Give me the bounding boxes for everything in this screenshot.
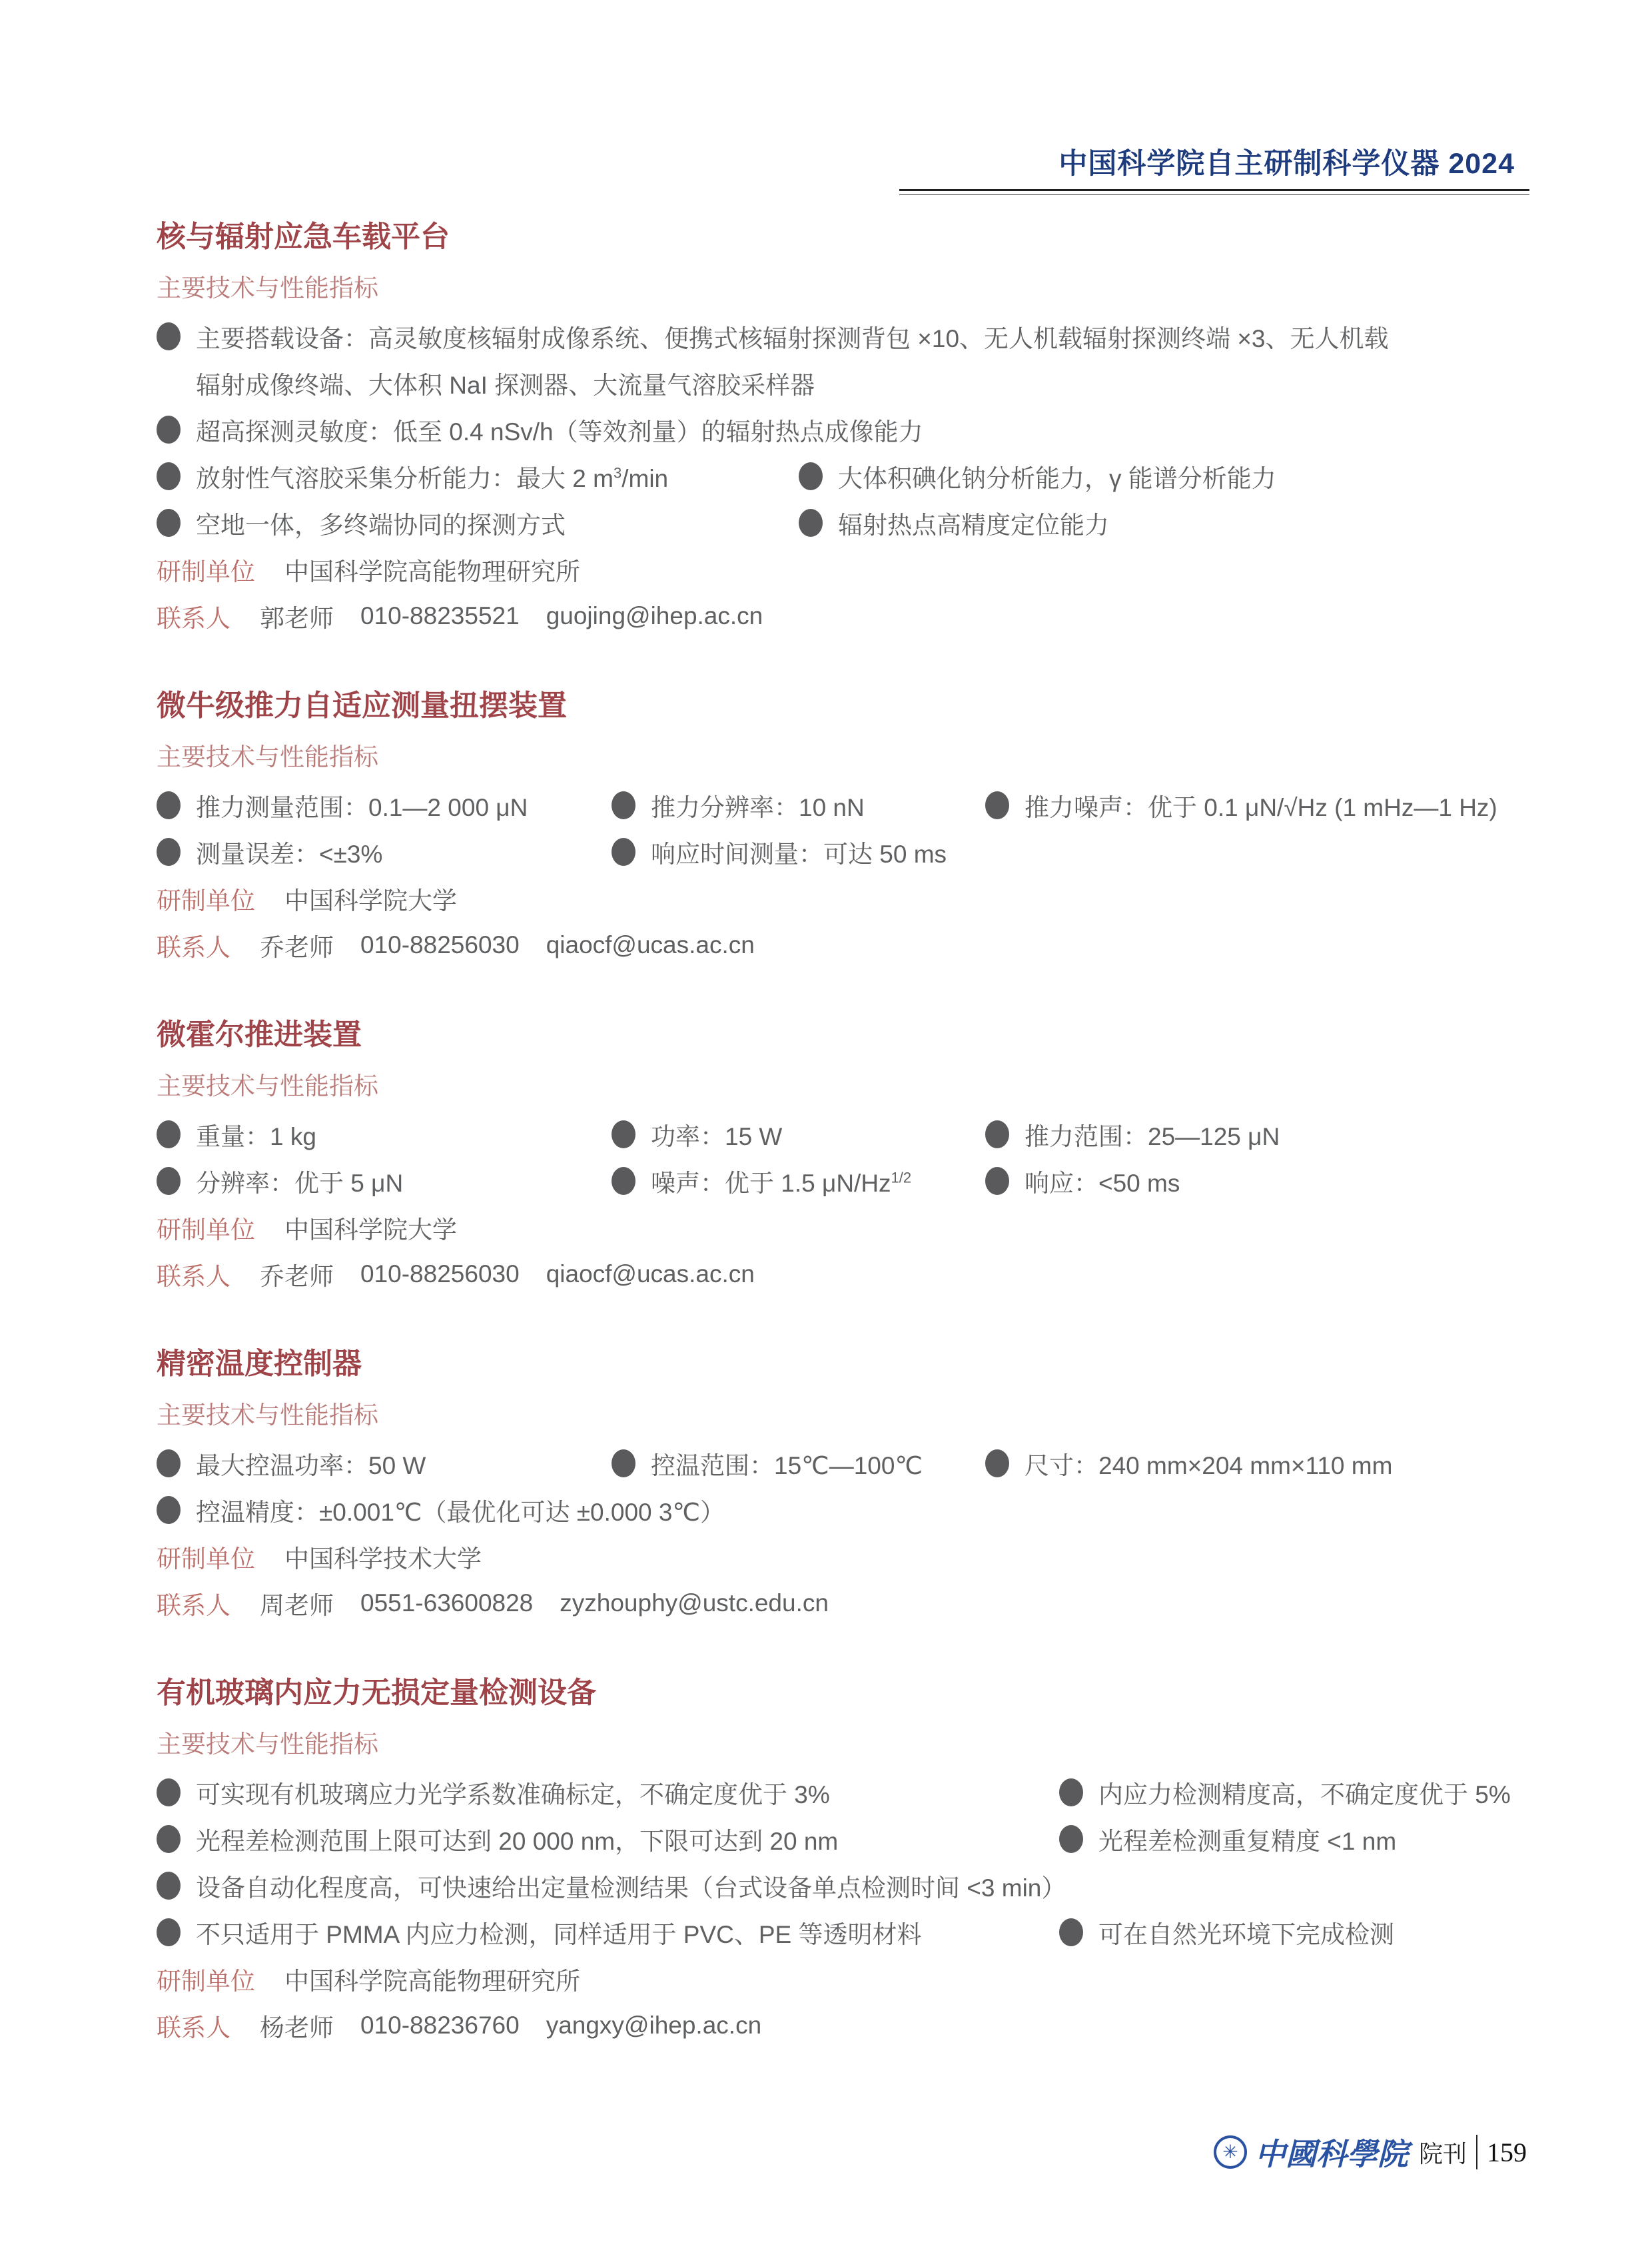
- spec-row: 最大控温功率：50 W 控温范围：15℃—100℃ 尺寸：240 mm×204 …: [157, 1440, 1552, 1487]
- superscript: 3: [614, 465, 621, 482]
- section-micro-hall-thruster: 微霍尔推进装置 主要技术与性能指标 重量：1 kg 功率：15 W 推力范围：2…: [157, 1008, 1552, 1298]
- section-subtitle: 主要技术与性能指标: [157, 262, 1552, 309]
- bullet-icon: [157, 1778, 181, 1806]
- spec-item: 推力测量范围：0.1—2 000 μN: [157, 787, 612, 823]
- content: 核与辐射应急车载平台 主要技术与性能指标 主要搭载设备：高灵敏度核辐射成像系统、…: [157, 210, 1552, 2049]
- contact-phone: 0551-63600828: [360, 1589, 533, 1617]
- bullet-icon: [985, 791, 1009, 819]
- bullet-icon: [985, 1120, 1009, 1148]
- contact-name: 杨老师: [260, 2008, 334, 2044]
- developer-name: 中国科学技术大学: [284, 1539, 482, 1575]
- bullet-icon: [157, 1918, 181, 1946]
- section-title: 有机玻璃内应力无损定量检测设备: [157, 1667, 1552, 1713]
- contact-phone: 010-88236760: [360, 2012, 520, 2040]
- bullet-icon: [612, 838, 635, 866]
- spec-row: 光程差检测范围上限可达到 20 000 nm，下限可达到 20 nm 光程差检测…: [157, 1816, 1552, 1862]
- spec-rows: 重量：1 kg 功率：15 W 推力范围：25—125 μN 分辨率：优于 5 …: [157, 1111, 1552, 1204]
- spec-item: 设备自动化程度高，可快速给出定量检测结果（台式设备单点检测时间 <3 min）: [157, 1868, 1552, 1904]
- bullet-icon: [1059, 1918, 1083, 1946]
- section-subtitle: 主要技术与性能指标: [157, 1389, 1552, 1436]
- spec-item: 大体积碘化钠分析能力，γ 能谱分析能力: [799, 458, 1552, 494]
- journal-label: 院刊: [1419, 2135, 1467, 2169]
- section-title: 精密温度控制器: [157, 1337, 1552, 1384]
- contact-phone: 010-88235521: [360, 602, 520, 630]
- bullet-icon: [157, 416, 181, 444]
- bullet-icon: [157, 838, 181, 866]
- bullet-icon: [1059, 1778, 1083, 1806]
- contact-email: guojing@ihep.ac.cn: [546, 602, 763, 630]
- developer-label: 研制单位: [157, 881, 255, 917]
- bullet-icon: [157, 1872, 181, 1900]
- spec-item: 推力范围：25—125 μN: [985, 1116, 1552, 1152]
- spec-item: 可实现有机玻璃应力光学系数准确标定，不确定度优于 3%: [157, 1774, 1059, 1810]
- spec-row: 超高探测灵敏度：低至 0.4 nSv/h（等效剂量）的辐射热点成像能力: [157, 406, 1552, 453]
- bullet-icon: [157, 1120, 181, 1148]
- bullet-icon: [157, 1825, 181, 1853]
- spec-item: 内应力检测精度高，不确定度优于 5%: [1059, 1774, 1552, 1810]
- contact-label: 联系人: [157, 598, 230, 634]
- bullet-icon: [157, 509, 181, 537]
- spec-row: 可实现有机玻璃应力光学系数准确标定，不确定度优于 3% 内应力检测精度高，不确定…: [157, 1769, 1552, 1816]
- developer-line: 研制单位 中国科学院高能物理研究所: [157, 546, 1552, 593]
- bullet-icon: [157, 462, 181, 490]
- spec-item: 分辨率：优于 5 μN: [157, 1163, 612, 1199]
- spec-row: 空地一体，多终端协同的探测方式 辐射热点高精度定位能力: [157, 500, 1552, 546]
- contact-line: 联系人 杨老师 010-88236760 yangxy@ihep.ac.cn: [157, 2002, 1552, 2049]
- spec-item: 推力噪声：优于 0.1 μN/√Hz (1 mHz—1 Hz): [985, 787, 1552, 823]
- bullet-icon: [157, 1496, 181, 1524]
- page-header-title: 中国科学院自主研制科学仪器 2024: [1058, 141, 1515, 182]
- spec-item: 可在自然光环境下完成检测: [1059, 1914, 1552, 1950]
- bullet-icon: [157, 1167, 181, 1195]
- spec-row: 控温精度：±0.001℃（最优化可达 ±0.000 3℃）: [157, 1487, 1552, 1533]
- header-rule: [899, 189, 1529, 194]
- bullet-icon: [612, 791, 635, 819]
- footer-divider: [1476, 2135, 1477, 2169]
- bullet-icon: [157, 791, 181, 819]
- spec-item: 最大控温功率：50 W: [157, 1445, 612, 1481]
- section-title: 微牛级推力自适应测量扭摆装置: [157, 679, 1552, 726]
- section-precision-temperature-controller: 精密温度控制器 主要技术与性能指标 最大控温功率：50 W 控温范围：15℃—1…: [157, 1337, 1552, 1627]
- spec-item: 空地一体，多终端协同的探测方式: [157, 505, 799, 541]
- spec-row: 测量误差：<±3% 响应时间测量：可达 50 ms: [157, 829, 1552, 875]
- contact-phone: 010-88256030: [360, 1260, 520, 1288]
- contact-label: 联系人: [157, 1256, 230, 1292]
- spec-rows: 最大控温功率：50 W 控温范围：15℃—100℃ 尺寸：240 mm×204 …: [157, 1440, 1552, 1533]
- bullet-icon: [157, 1449, 181, 1477]
- bullet-icon: [157, 322, 181, 350]
- spec-item: 光程差检测范围上限可达到 20 000 nm，下限可达到 20 nm: [157, 1821, 1059, 1857]
- spec-item-continuation: 辐射成像终端、大体积 NaI 探测器、大流量气溶胶采样器: [157, 365, 1552, 401]
- spec-row: 推力测量范围：0.1—2 000 μN 推力分辨率：10 nN 推力噪声：优于 …: [157, 782, 1552, 829]
- developer-label: 研制单位: [157, 552, 255, 587]
- page-number: 159: [1487, 2137, 1527, 2168]
- contact-name: 乔老师: [260, 927, 334, 963]
- spec-item: 响应时间测量：可达 50 ms: [612, 834, 1552, 870]
- contact-name: 郭老师: [260, 598, 334, 634]
- cas-emblem-icon: ✳: [1214, 2135, 1247, 2169]
- contact-line: 联系人 周老师 0551-63600828 zyzhouphy@ustc.edu…: [157, 1580, 1552, 1627]
- spec-row: 不只适用于 PMMA 内应力检测，同样适用于 PVC、PE 等透明材料 可在自然…: [157, 1909, 1552, 1956]
- spec-row: 分辨率：优于 5 μN 噪声：优于 1.5 μN/Hz1/2 响应：<50 ms: [157, 1158, 1552, 1204]
- spec-row: 辐射成像终端、大体积 NaI 探测器、大流量气溶胶采样器: [157, 360, 1552, 406]
- contact-email: qiaocf@ucas.ac.cn: [546, 1260, 755, 1288]
- spec-item: 响应：<50 ms: [985, 1163, 1552, 1199]
- contact-line: 联系人 乔老师 010-88256030 qiaocf@ucas.ac.cn: [157, 922, 1552, 968]
- contact-label: 联系人: [157, 927, 230, 963]
- developer-line: 研制单位 中国科学技术大学: [157, 1533, 1552, 1580]
- developer-name: 中国科学院高能物理研究所: [284, 1961, 580, 1997]
- developer-line: 研制单位 中国科学院高能物理研究所: [157, 1956, 1552, 2002]
- spec-item: 光程差检测重复精度 <1 nm: [1059, 1821, 1552, 1857]
- cas-brand-text: 中國科學院: [1255, 2130, 1408, 2174]
- developer-name: 中国科学院大学: [284, 1210, 457, 1246]
- page-footer: ✳ 中國科學院 院刊 159: [1214, 2130, 1527, 2174]
- developer-name: 中国科学院大学: [284, 881, 457, 917]
- developer-label: 研制单位: [157, 1961, 255, 1997]
- journal-page: 中国科学院自主研制科学仪器 2024 核与辐射应急车载平台 主要技术与性能指标 …: [0, 0, 1652, 2242]
- spec-rows: 可实现有机玻璃应力光学系数准确标定，不确定度优于 3% 内应力检测精度高，不确定…: [157, 1769, 1552, 1956]
- contact-phone: 010-88256030: [360, 931, 520, 959]
- section-subtitle: 主要技术与性能指标: [157, 1718, 1552, 1765]
- section-title: 核与辐射应急车载平台: [157, 210, 1552, 257]
- bullet-icon: [1059, 1825, 1083, 1853]
- developer-label: 研制单位: [157, 1210, 255, 1246]
- contact-name: 乔老师: [260, 1256, 334, 1292]
- contact-line: 联系人 郭老师 010-88235521 guojing@ihep.ac.cn: [157, 593, 1552, 639]
- contact-label: 联系人: [157, 1585, 230, 1621]
- contact-email: qiaocf@ucas.ac.cn: [546, 931, 755, 959]
- spec-item: 测量误差：<±3%: [157, 834, 612, 870]
- spec-rows: 推力测量范围：0.1—2 000 μN 推力分辨率：10 nN 推力噪声：优于 …: [157, 782, 1552, 875]
- developer-line: 研制单位 中国科学院大学: [157, 875, 1552, 922]
- spec-row: 重量：1 kg 功率：15 W 推力范围：25—125 μN: [157, 1111, 1552, 1158]
- spec-row: 放射性气溶胶采集分析能力：最大 2 m3/min 大体积碘化钠分析能力，γ 能谱…: [157, 453, 1552, 500]
- bullet-icon: [985, 1449, 1009, 1477]
- section-subtitle: 主要技术与性能指标: [157, 731, 1552, 778]
- spec-item: 功率：15 W: [612, 1116, 985, 1152]
- spec-item: 推力分辨率：10 nN: [612, 787, 985, 823]
- bullet-icon: [612, 1449, 635, 1477]
- section-plexiglass-stress-tester: 有机玻璃内应力无损定量检测设备 主要技术与性能指标 可实现有机玻璃应力光学系数准…: [157, 1667, 1552, 2049]
- spec-item: 主要搭载设备：高灵敏度核辐射成像系统、便携式核辐射探测背包 ×10、无人机载辐射…: [157, 318, 1552, 354]
- contact-email: zyzhouphy@ustc.edu.cn: [560, 1589, 829, 1617]
- developer-name: 中国科学院高能物理研究所: [284, 552, 580, 587]
- spec-item: 超高探测灵敏度：低至 0.4 nSv/h（等效剂量）的辐射热点成像能力: [157, 412, 1552, 448]
- spec-item: 重量：1 kg: [157, 1116, 612, 1152]
- spec-row: 设备自动化程度高，可快速给出定量检测结果（台式设备单点检测时间 <3 min）: [157, 1862, 1552, 1909]
- bullet-icon: [799, 509, 823, 537]
- contact-label: 联系人: [157, 2008, 230, 2044]
- spec-item: 不只适用于 PMMA 内应力检测，同样适用于 PVC、PE 等透明材料: [157, 1914, 1059, 1950]
- bullet-icon: [985, 1167, 1009, 1195]
- developer-label: 研制单位: [157, 1539, 255, 1575]
- spec-item: 噪声：优于 1.5 μN/Hz1/2: [612, 1163, 985, 1199]
- bullet-icon: [612, 1167, 635, 1195]
- spec-item: 放射性气溶胶采集分析能力：最大 2 m3/min: [157, 458, 799, 494]
- bullet-icon: [799, 462, 823, 490]
- section-subtitle: 主要技术与性能指标: [157, 1060, 1552, 1107]
- section-micronewton-torsion-device: 微牛级推力自适应测量扭摆装置 主要技术与性能指标 推力测量范围：0.1—2 00…: [157, 679, 1552, 968]
- section-nuclear-radiation-platform: 核与辐射应急车载平台 主要技术与性能指标 主要搭载设备：高灵敏度核辐射成像系统、…: [157, 210, 1552, 639]
- contact-name: 周老师: [260, 1585, 334, 1621]
- section-title: 微霍尔推进装置: [157, 1008, 1552, 1055]
- spec-rows: 主要搭载设备：高灵敏度核辐射成像系统、便携式核辐射探测背包 ×10、无人机载辐射…: [157, 313, 1552, 546]
- spec-item: 尺寸：240 mm×204 mm×110 mm: [985, 1445, 1552, 1481]
- spec-item: 控温范围：15℃—100℃: [612, 1445, 985, 1481]
- contact-line: 联系人 乔老师 010-88256030 qiaocf@ucas.ac.cn: [157, 1251, 1552, 1298]
- bullet-icon: [612, 1120, 635, 1148]
- spec-item: 辐射热点高精度定位能力: [799, 505, 1552, 541]
- developer-line: 研制单位 中国科学院大学: [157, 1204, 1552, 1251]
- spec-item: 控温精度：±0.001℃（最优化可达 ±0.000 3℃）: [157, 1492, 1552, 1528]
- spec-row: 主要搭载设备：高灵敏度核辐射成像系统、便携式核辐射探测背包 ×10、无人机载辐射…: [157, 313, 1552, 360]
- contact-email: yangxy@ihep.ac.cn: [546, 2012, 761, 2040]
- superscript: 1/2: [891, 1170, 912, 1186]
